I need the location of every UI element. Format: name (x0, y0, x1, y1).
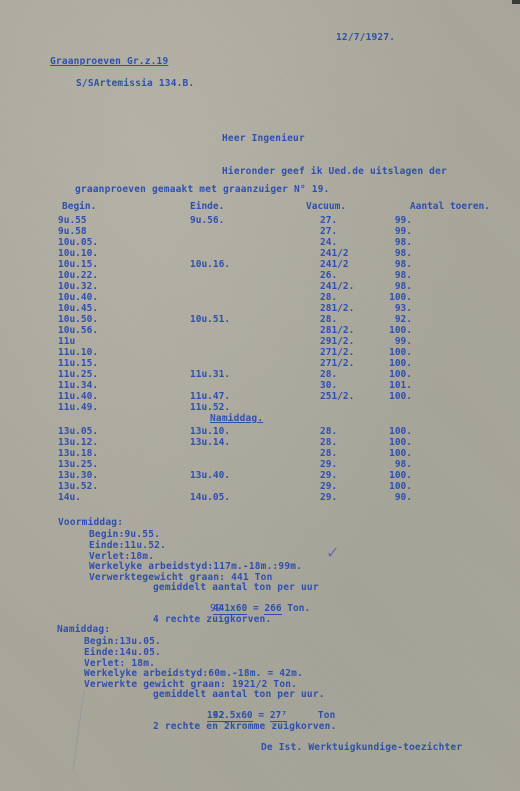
scan-edge-mark (512, 0, 520, 4)
table-row: 13u.30.13u.40.29.100. (0, 470, 520, 481)
table-row: 14u.14u.05.29.90. (0, 492, 520, 503)
table-header: Begin. Einde. Vacuum. Aantal toeren. (0, 201, 520, 212)
afternoon-arbeidstyd: Werkelyke arbeidstyd:60m.-18m. = 42m. (84, 668, 303, 679)
table-row: 10u.22.26.98. (0, 270, 520, 281)
table-row: 10u.15.10u.16.241/298. (0, 259, 520, 270)
table-row: 9u.5827.99. (0, 226, 520, 237)
header-toeren: Aantal toeren. (410, 201, 490, 212)
table-row: 10u.05.24.98. (0, 237, 520, 248)
afternoon-begin: Begin:13u.05. (84, 636, 161, 647)
table-row: 11u.10.271/2.100. (0, 347, 520, 358)
intro-line-2: graanproeven gemaakt met graanzuiger N° … (75, 184, 330, 195)
morning-einde: Einde:11u.52. (89, 540, 166, 551)
table-row: 13u.12.13u.14.28.100. (0, 437, 520, 448)
morning-begin: Begin:9u.55. (89, 529, 160, 540)
salutation: Heer Ingenieur (222, 133, 305, 144)
table-row: 10u.32.241/2.98. (0, 281, 520, 292)
afternoon-summary-title: Namiddag: (57, 624, 110, 635)
afternoon-korven: 2 rechte en 2kromme zuigkorven. (153, 721, 337, 732)
table-row: 10u.56.281/2.100. (0, 325, 520, 336)
afternoon-calc-unit: Ton (306, 710, 336, 721)
letter-date: 12/7/1927. (336, 32, 395, 43)
letter-subject: Graanproeven Gr.z.19 (50, 56, 168, 67)
pencil-mark (72, 690, 84, 769)
table-row: 10u.50.10u.51.28.92. (0, 314, 520, 325)
morning-calc-denominator: 99 (210, 603, 222, 614)
morning-korven: 4 rechte zuigkorven. (153, 614, 271, 625)
table-row: 10u.40.28.100. (0, 292, 520, 303)
table-row: 11u.25.11u.31.28.100. (0, 369, 520, 380)
afternoon-einde: Einde:14u.05. (84, 647, 161, 658)
intro-line-1: Hieronder geef ik Ued.de uitslagen der (222, 166, 447, 177)
typed-letter-page: 12/7/1927. Graanproeven Gr.z.19 S/SArtem… (0, 0, 520, 791)
table-row: 13u.52.29.100. (0, 481, 520, 492)
table-row: 13u.25.29.98. (0, 459, 520, 470)
table-row: 11u.15.271/2.100. (0, 358, 520, 369)
ship-reference: S/SArtemissia 134.B. (76, 78, 194, 89)
morning-summary-title: Voormiddag: (58, 517, 123, 528)
table-row: 11u.49.11u.52. (0, 402, 520, 413)
table-row: 10u.45.281/2.93. (0, 303, 520, 314)
header-einde: Einde. (190, 201, 224, 212)
table-row: 9u.559u.56.27.99. (0, 215, 520, 226)
afternoon-calc-denominator: 42 (213, 710, 225, 721)
table-row: 11u.34.30.101. (0, 380, 520, 391)
afternoon-section-label: Namiddag. (210, 413, 263, 424)
table-row: 11u291/2.99. (0, 336, 520, 347)
table-row: 13u.18.28.100. (0, 448, 520, 459)
signature-line: De Ist. Werktuigkundige-toezichter (261, 742, 462, 753)
table-row: 13u.05.13u.10.28.100. (0, 426, 520, 437)
morning-arbeidstyd: Werkelyke arbeidstyd:117m.-18m.:99m. (89, 561, 302, 572)
table-row: 11u.40.11u.47.251/2.100. (0, 391, 520, 402)
header-begin: Begin. (62, 201, 96, 212)
table-row: 10u.10.241/298. (0, 248, 520, 259)
checkmark-icon: ✓ (326, 543, 339, 562)
header-vacuum: Vacuum. (306, 201, 346, 212)
